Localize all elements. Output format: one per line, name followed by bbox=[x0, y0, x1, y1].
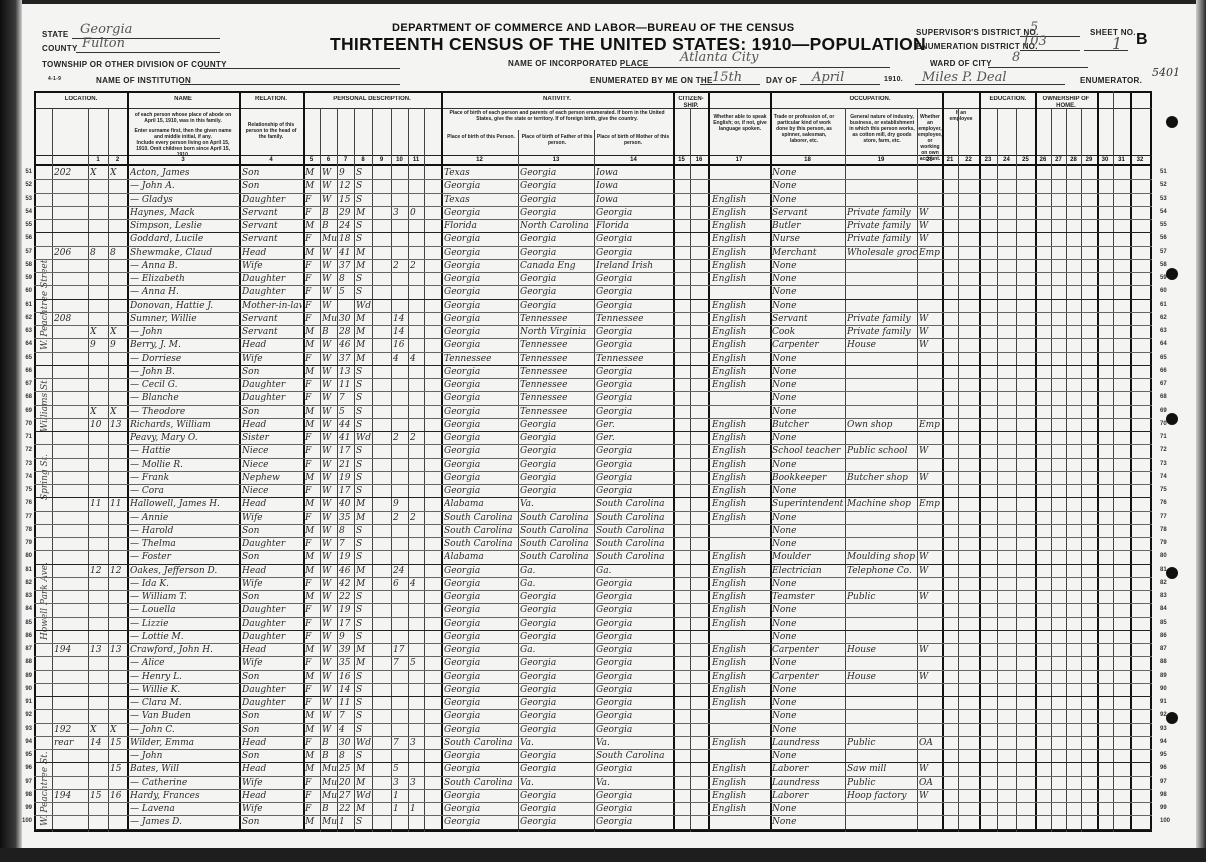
marital-status: S bbox=[356, 180, 372, 192]
birthplace-person: Georgia bbox=[444, 604, 518, 616]
birthplace-mother: South Carolina bbox=[596, 512, 672, 524]
occupation-trade: Moulder bbox=[772, 551, 844, 563]
marital-status: S bbox=[356, 220, 372, 232]
person-name: — Catherine bbox=[130, 777, 238, 789]
film-stamp: 5401 bbox=[1152, 66, 1180, 79]
birthplace-person: Georgia bbox=[444, 366, 518, 378]
county-label: COUNTY bbox=[42, 44, 78, 53]
birthplace-person: Georgia bbox=[444, 419, 518, 431]
form-code: 4-1-9 bbox=[48, 76, 61, 82]
marital-status: M bbox=[356, 207, 372, 219]
line-number-right: 95 bbox=[1160, 752, 1167, 758]
age: 7 bbox=[339, 710, 354, 722]
column-number: 17 bbox=[708, 157, 770, 163]
relation: Head bbox=[242, 737, 302, 749]
col-divider bbox=[1035, 91, 1037, 832]
race: B bbox=[322, 750, 337, 762]
line-number-right: 66 bbox=[1160, 368, 1167, 374]
dwelling-number: 10 bbox=[90, 419, 108, 431]
line-number: 97 bbox=[18, 779, 32, 785]
relation: Wife bbox=[242, 578, 302, 590]
birthplace-father: Georgia bbox=[520, 803, 594, 815]
sex: F bbox=[305, 313, 320, 325]
occupation-trade: Cook bbox=[772, 326, 844, 338]
race: Mu bbox=[322, 233, 337, 245]
age: 20 bbox=[339, 777, 354, 789]
birthplace-father: Georgia bbox=[520, 233, 594, 245]
relation: Daughter bbox=[242, 684, 302, 696]
age: 8 bbox=[339, 750, 354, 762]
line-number-right: 91 bbox=[1160, 699, 1167, 705]
birthplace-person: Alabama bbox=[444, 551, 518, 563]
person-name: — Harold bbox=[130, 525, 238, 537]
children-born: 24 bbox=[393, 565, 408, 577]
line-number-right: 61 bbox=[1160, 302, 1167, 308]
column-number: 4 bbox=[239, 157, 303, 163]
race: W bbox=[322, 459, 337, 471]
race: W bbox=[322, 485, 337, 497]
line-number: 86 bbox=[18, 633, 32, 639]
birthplace-person: Texas bbox=[444, 167, 518, 179]
relation: Son bbox=[242, 591, 302, 603]
occupation-trade: Merchant bbox=[772, 247, 844, 259]
line-number: 66 bbox=[18, 368, 32, 374]
birthplace-person: Georgia bbox=[444, 816, 518, 828]
column-number: 25 bbox=[1016, 157, 1035, 163]
race: W bbox=[322, 538, 337, 550]
birthplace-father: Georgia bbox=[520, 790, 594, 802]
occupation-industry: Telephone Co. bbox=[847, 565, 917, 577]
race: W bbox=[322, 392, 337, 404]
marital-status: S bbox=[356, 286, 372, 298]
race: Mu bbox=[322, 816, 337, 828]
marital-status: S bbox=[356, 167, 372, 179]
birthplace-person: Georgia bbox=[444, 313, 518, 325]
col-divider bbox=[708, 91, 710, 832]
column-number: 8 bbox=[354, 157, 372, 163]
occupation-trade: None bbox=[772, 353, 844, 365]
occupation-industry: Machine shop bbox=[847, 498, 917, 510]
column-number: 22 bbox=[958, 157, 979, 163]
children-born: 5 bbox=[393, 763, 408, 775]
line-number: 54 bbox=[18, 209, 32, 215]
race: W bbox=[322, 498, 337, 510]
marital-status: M bbox=[356, 498, 372, 510]
line-number-right: 84 bbox=[1160, 606, 1167, 612]
birthplace-mother: Georgia bbox=[596, 631, 672, 643]
column-number: 26 bbox=[1035, 157, 1051, 163]
family-number: 11 bbox=[110, 498, 127, 510]
birthplace-father: Va. bbox=[520, 777, 594, 789]
column-number: 19 bbox=[845, 157, 917, 163]
children-born: 9 bbox=[393, 498, 408, 510]
line-number-right: 62 bbox=[1160, 315, 1167, 321]
birth-mother-header: Place of birth of Mother of this person. bbox=[596, 134, 670, 146]
relation: Head bbox=[242, 644, 302, 656]
dwelling-number: X bbox=[90, 406, 108, 418]
col-divider bbox=[518, 130, 519, 832]
relation: Son bbox=[242, 816, 302, 828]
occupation-trade: None bbox=[772, 618, 844, 630]
birthplace-person: Georgia bbox=[444, 763, 518, 775]
line-number: 74 bbox=[18, 474, 32, 480]
relation: Head bbox=[242, 419, 302, 431]
children-living: 2 bbox=[410, 432, 424, 444]
house-number: 206 bbox=[54, 247, 88, 259]
birthplace-father: Tennessee bbox=[520, 406, 594, 418]
house-number: 202 bbox=[54, 167, 88, 179]
sex: F bbox=[305, 684, 320, 696]
age: 19 bbox=[339, 551, 354, 563]
age: 40 bbox=[339, 498, 354, 510]
line-number-right: 79 bbox=[1160, 540, 1167, 546]
person-name: — Dorriese bbox=[130, 353, 238, 365]
race: W bbox=[322, 432, 337, 444]
race: W bbox=[322, 273, 337, 285]
house-number: 194 bbox=[54, 790, 88, 802]
column-number: 21 bbox=[942, 157, 958, 163]
children-born: 16 bbox=[393, 339, 408, 351]
enumerated-label: ENUMERATED BY ME ON THE bbox=[590, 76, 713, 85]
language: English bbox=[712, 379, 770, 391]
age: 11 bbox=[339, 697, 354, 709]
occupation-trade: Bookkeeper bbox=[772, 472, 844, 484]
col-divider bbox=[979, 91, 981, 832]
street-label: W. Peachtree Street bbox=[40, 260, 50, 350]
race: B bbox=[322, 326, 337, 338]
marital-status: M bbox=[356, 512, 372, 524]
occupation-industry: House bbox=[847, 644, 917, 656]
age: 12 bbox=[339, 180, 354, 192]
relation: Servant bbox=[242, 313, 302, 325]
line-number: 65 bbox=[18, 355, 32, 361]
dwelling-number: 15 bbox=[90, 790, 108, 802]
birthplace-person: South Carolina bbox=[444, 737, 518, 749]
street-label: Howell Park Ave. bbox=[40, 562, 50, 640]
sex: M bbox=[305, 525, 320, 537]
marital-status: M bbox=[356, 565, 372, 577]
line-number: 92 bbox=[18, 712, 32, 718]
language-header: Whether able to speak English; or, if no… bbox=[712, 114, 768, 132]
column-number: 5 bbox=[303, 157, 320, 163]
relation: Daughter bbox=[242, 538, 302, 550]
age: 24 bbox=[339, 220, 354, 232]
age: 27 bbox=[339, 790, 354, 802]
column-number: 30 bbox=[1097, 157, 1113, 163]
person-name: Bates, Will bbox=[130, 763, 238, 775]
children-born: 2 bbox=[393, 432, 408, 444]
birthplace-mother: Georgia bbox=[596, 247, 672, 259]
person-name: — Cora bbox=[130, 485, 238, 497]
employer-status: W bbox=[919, 644, 941, 656]
line-number-right: 85 bbox=[1160, 620, 1167, 626]
occupation-trade: Electrician bbox=[772, 565, 844, 577]
birthplace-person: Georgia bbox=[444, 750, 518, 762]
occupation-trade: Laborer bbox=[772, 763, 844, 775]
children-born: 2 bbox=[393, 260, 408, 272]
person-name: — William T. bbox=[130, 591, 238, 603]
birthplace-person: Georgia bbox=[444, 657, 518, 669]
scan-border-bottom bbox=[0, 848, 1206, 862]
race: W bbox=[322, 300, 337, 312]
birthplace-father: Georgia bbox=[520, 697, 594, 709]
person-name: — John bbox=[130, 750, 238, 762]
person-name: — Alice bbox=[130, 657, 238, 669]
race: W bbox=[322, 512, 337, 524]
race: W bbox=[322, 671, 337, 683]
relation: Servant bbox=[242, 233, 302, 245]
birthplace-person: Georgia bbox=[444, 472, 518, 484]
house-number: rear bbox=[54, 737, 88, 749]
employer-status: Emp bbox=[919, 498, 941, 510]
line-number-right: 64 bbox=[1160, 341, 1167, 347]
birthplace-father: Georgia bbox=[520, 724, 594, 736]
sex: F bbox=[305, 273, 320, 285]
line-number-right: 71 bbox=[1160, 434, 1167, 440]
relation: Wife bbox=[242, 803, 302, 815]
sex: F bbox=[305, 300, 320, 312]
line-number: 68 bbox=[18, 394, 32, 400]
birthplace-mother: Georgia bbox=[596, 392, 672, 404]
line-number: 56 bbox=[18, 235, 32, 241]
sex: F bbox=[305, 657, 320, 669]
group-nativity: NATIVITY. bbox=[442, 96, 672, 103]
birthplace-mother: Georgia bbox=[596, 339, 672, 351]
language: English bbox=[712, 644, 770, 656]
birthplace-father: Georgia bbox=[520, 180, 594, 192]
birthplace-father: Georgia bbox=[520, 273, 594, 285]
relation: Son bbox=[242, 710, 302, 722]
employer-status: W bbox=[919, 671, 941, 683]
occupation-industry: Public bbox=[847, 777, 917, 789]
occupation-industry: House bbox=[847, 339, 917, 351]
birthplace-mother: Georgia bbox=[596, 803, 672, 815]
birthplace-mother: Georgia bbox=[596, 710, 672, 722]
employer-status: W bbox=[919, 591, 941, 603]
relation: Daughter bbox=[242, 379, 302, 391]
age: 14 bbox=[339, 684, 354, 696]
birthplace-mother: Georgia bbox=[596, 406, 672, 418]
language: English bbox=[712, 366, 770, 378]
name-instructions: of each person whose place of abode on A… bbox=[130, 112, 236, 124]
occupation-trade: None bbox=[772, 379, 844, 391]
marital-status: S bbox=[356, 750, 372, 762]
age: 25 bbox=[339, 763, 354, 775]
line-number-right: 63 bbox=[1160, 328, 1167, 334]
person-name: — Blanche bbox=[130, 392, 238, 404]
person-name: — Lizzie bbox=[130, 618, 238, 630]
marital-status: S bbox=[356, 591, 372, 603]
person-name: — John B. bbox=[130, 366, 238, 378]
language: English bbox=[712, 578, 770, 590]
marital-status: S bbox=[356, 671, 372, 683]
relation: Son bbox=[242, 525, 302, 537]
person-name: Simpson, Leslie bbox=[130, 220, 238, 232]
age: 4 bbox=[339, 724, 354, 736]
relation: Sister bbox=[242, 432, 302, 444]
sex: M bbox=[305, 498, 320, 510]
marital-status: S bbox=[356, 194, 372, 206]
age: 5 bbox=[339, 406, 354, 418]
birthplace-mother: Georgia bbox=[596, 366, 672, 378]
line-number: 70 bbox=[18, 421, 32, 427]
line-number-right: 53 bbox=[1160, 196, 1167, 202]
employer-status: W bbox=[919, 763, 941, 775]
column-number: 9 bbox=[372, 157, 391, 163]
scan-border-right bbox=[1196, 0, 1206, 862]
line-number-right: 73 bbox=[1160, 461, 1167, 467]
occupation-trade: None bbox=[772, 286, 844, 298]
birthplace-father: Georgia bbox=[520, 631, 594, 643]
birthplace-mother: Georgia bbox=[596, 273, 672, 285]
column-number: 16 bbox=[690, 157, 708, 163]
language: English bbox=[712, 220, 770, 232]
birthplace-father: Georgia bbox=[520, 445, 594, 457]
race: W bbox=[322, 180, 337, 192]
line-number: 94 bbox=[18, 739, 32, 745]
person-name: Shewmake, Claud bbox=[130, 247, 238, 259]
line-number-right: 83 bbox=[1160, 593, 1167, 599]
occupation-trade: Butcher bbox=[772, 419, 844, 431]
sex: M bbox=[305, 472, 320, 484]
agency-title: DEPARTMENT OF COMMERCE AND LABOR—BUREAU … bbox=[392, 22, 795, 34]
language: English bbox=[712, 737, 770, 749]
line-number: 95 bbox=[18, 752, 32, 758]
marital-status: M bbox=[356, 339, 372, 351]
birthplace-person: Georgia bbox=[444, 180, 518, 192]
ward-label: WARD OF CITY bbox=[930, 59, 992, 68]
birthplace-person: Georgia bbox=[444, 578, 518, 590]
birthplace-person: Georgia bbox=[444, 300, 518, 312]
race: W bbox=[322, 724, 337, 736]
line-number: 98 bbox=[18, 792, 32, 798]
children-born: 3 bbox=[393, 777, 408, 789]
race: W bbox=[322, 339, 337, 351]
marital-status: Wd bbox=[356, 790, 372, 802]
race: W bbox=[322, 644, 337, 656]
punch-hole bbox=[1166, 116, 1178, 128]
birthplace-father: Tennessee bbox=[520, 353, 594, 365]
birthplace-person: Georgia bbox=[444, 233, 518, 245]
age: 41 bbox=[339, 247, 354, 259]
sex: M bbox=[305, 750, 320, 762]
children-born: 17 bbox=[393, 644, 408, 656]
line-number: 64 bbox=[18, 341, 32, 347]
line-number: 67 bbox=[18, 381, 32, 387]
column-number: 23 bbox=[979, 157, 997, 163]
sex: M bbox=[305, 565, 320, 577]
line-number-right: 65 bbox=[1160, 355, 1167, 361]
punch-hole bbox=[1166, 413, 1178, 425]
family-number: 8 bbox=[110, 247, 127, 259]
language: English bbox=[712, 551, 770, 563]
occupation-industry: Public bbox=[847, 591, 917, 603]
race: W bbox=[322, 353, 337, 365]
sex: M bbox=[305, 591, 320, 603]
line-number: 51 bbox=[18, 169, 32, 175]
relation: Niece bbox=[242, 485, 302, 497]
employer-status: W bbox=[919, 565, 941, 577]
birthplace-person: Georgia bbox=[444, 406, 518, 418]
relation: Daughter bbox=[242, 273, 302, 285]
sex: F bbox=[305, 538, 320, 550]
birthplace-person: Georgia bbox=[444, 803, 518, 815]
enumerated-month: April bbox=[812, 70, 844, 85]
line-number-right: 98 bbox=[1160, 792, 1167, 798]
sex: F bbox=[305, 485, 320, 497]
column-number: 15 bbox=[673, 157, 690, 163]
age: 1 bbox=[339, 816, 354, 828]
person-name: — Theodore bbox=[130, 406, 238, 418]
relation: Son bbox=[242, 671, 302, 683]
line-number: 77 bbox=[18, 514, 32, 520]
birthplace-mother: Ger. bbox=[596, 432, 672, 444]
birthplace-father: Georgia bbox=[520, 710, 594, 722]
sex: F bbox=[305, 353, 320, 365]
birthplace-person: Georgia bbox=[444, 710, 518, 722]
relation: Daughter bbox=[242, 631, 302, 643]
dwelling-number: X bbox=[90, 167, 108, 179]
marital-status: Wd bbox=[356, 432, 372, 444]
line-number-right: 77 bbox=[1160, 514, 1167, 520]
marital-status: S bbox=[356, 233, 372, 245]
race: Mu bbox=[322, 790, 337, 802]
age: 17 bbox=[339, 445, 354, 457]
line-number: 89 bbox=[18, 673, 32, 679]
occupation-trade: None bbox=[772, 684, 844, 696]
sex: F bbox=[305, 233, 320, 245]
line-number: 62 bbox=[18, 315, 32, 321]
employer-status: W bbox=[919, 220, 941, 232]
occupation-trade: Carpenter bbox=[772, 644, 844, 656]
marital-status: S bbox=[356, 273, 372, 285]
person-name: — Lavena bbox=[130, 803, 238, 815]
relation: Daughter bbox=[242, 618, 302, 630]
relation: Servant bbox=[242, 207, 302, 219]
col-divider bbox=[239, 91, 241, 832]
language: English bbox=[712, 353, 770, 365]
birthplace-mother: Georgia bbox=[596, 472, 672, 484]
marital-status: S bbox=[356, 459, 372, 471]
race: Mu bbox=[322, 313, 337, 325]
birthplace-person: Georgia bbox=[444, 432, 518, 444]
employer-status: Emp bbox=[919, 247, 941, 259]
state-value: Georgia bbox=[80, 22, 132, 37]
birthplace-mother: Georgia bbox=[596, 578, 672, 590]
column-number: 12 bbox=[441, 157, 518, 163]
birthplace-mother: South Carolina bbox=[596, 538, 672, 550]
family-number: 12 bbox=[110, 565, 127, 577]
birthplace-person: Georgia bbox=[444, 326, 518, 338]
birthplace-father: Georgia bbox=[520, 432, 594, 444]
line-number: 82 bbox=[18, 580, 32, 586]
language: English bbox=[712, 591, 770, 603]
person-name: — John C. bbox=[130, 724, 238, 736]
race: W bbox=[322, 525, 337, 537]
birthplace-father: Georgia bbox=[520, 194, 594, 206]
sex: M bbox=[305, 339, 320, 351]
age: 9 bbox=[339, 631, 354, 643]
line-number: 91 bbox=[18, 699, 32, 705]
race: W bbox=[322, 657, 337, 669]
occupation-trade: None bbox=[772, 750, 844, 762]
birthplace-mother: Va. bbox=[596, 737, 672, 749]
race: W bbox=[322, 697, 337, 709]
language: English bbox=[712, 671, 770, 683]
language: English bbox=[712, 459, 770, 471]
sheet-value: 1 bbox=[1112, 34, 1122, 53]
marital-status: S bbox=[356, 604, 372, 616]
